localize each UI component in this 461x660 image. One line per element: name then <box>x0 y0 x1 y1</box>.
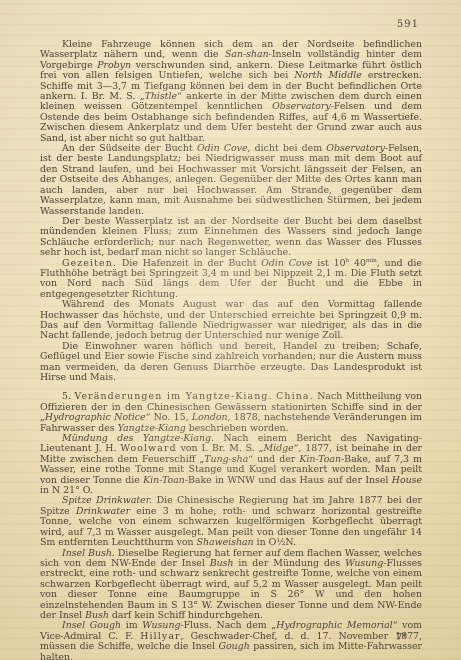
paragraph: Während des Monats August war das auf de… <box>40 300 422 342</box>
paragraph: 5. Veränderungen im Yangtze-Kiang. China… <box>40 392 422 434</box>
signature-mark: 7* <box>396 632 407 643</box>
paragraph: An der Südseite der Bucht Odin Cove, dic… <box>40 144 422 217</box>
book-page: 591 Kleine Fahrzeuge können sich dem an … <box>0 0 461 660</box>
paragraph: Mündung des Yangtze-Kiang. Nach einem Be… <box>40 434 422 496</box>
paragraph: Der beste Wasserplatz ist an der Nordsei… <box>40 217 422 259</box>
page-number: 591 <box>397 19 419 30</box>
paragraph: Gezeiten. Die Hafenzeit in der Bucht Odi… <box>40 259 422 301</box>
paragraph: Insel Bush. Dieselbe Regierung hat ferne… <box>40 549 422 622</box>
paragraph: Spitze Drinkwater. Die Chinesische Regie… <box>40 496 422 548</box>
paragraph: Insel Gough im Wusung-Fluss. Nach dem „H… <box>40 621 422 660</box>
text-block: Kleine Fahrzeuge können sich dem an der … <box>40 40 422 660</box>
paragraph: Die Einwohner waren höflich und bereit, … <box>40 342 422 384</box>
paragraph: Kleine Fahrzeuge können sich dem an der … <box>40 40 422 144</box>
